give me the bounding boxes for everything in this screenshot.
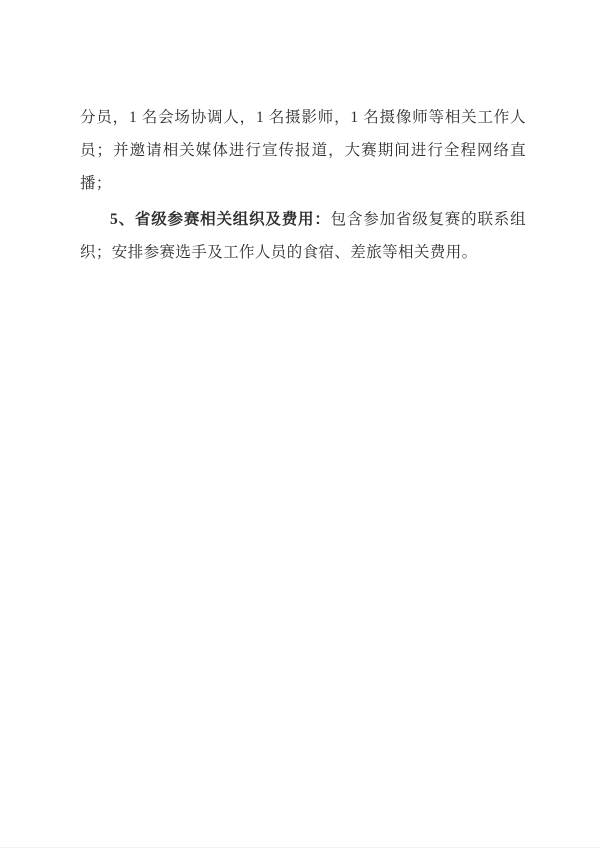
paragraph-item-5: 5、省级参赛相关组织及费用：包含参加省级复赛的联系组织；安排参赛选手及工作人员的…: [80, 203, 526, 269]
document-page: 分员，1 名会场协调人，1 名摄影师，1 名摄像师等相关工作人员；并邀请相关媒体…: [0, 0, 600, 848]
paragraph-continuation: 分员，1 名会场协调人，1 名摄影师，1 名摄像师等相关工作人员；并邀请相关媒体…: [80, 101, 526, 200]
page-content: 分员，1 名会场协调人，1 名摄影师，1 名摄像师等相关工作人员；并邀请相关媒体…: [80, 101, 526, 269]
item-5-heading: 5、省级参赛相关组织及费用：: [110, 211, 331, 228]
